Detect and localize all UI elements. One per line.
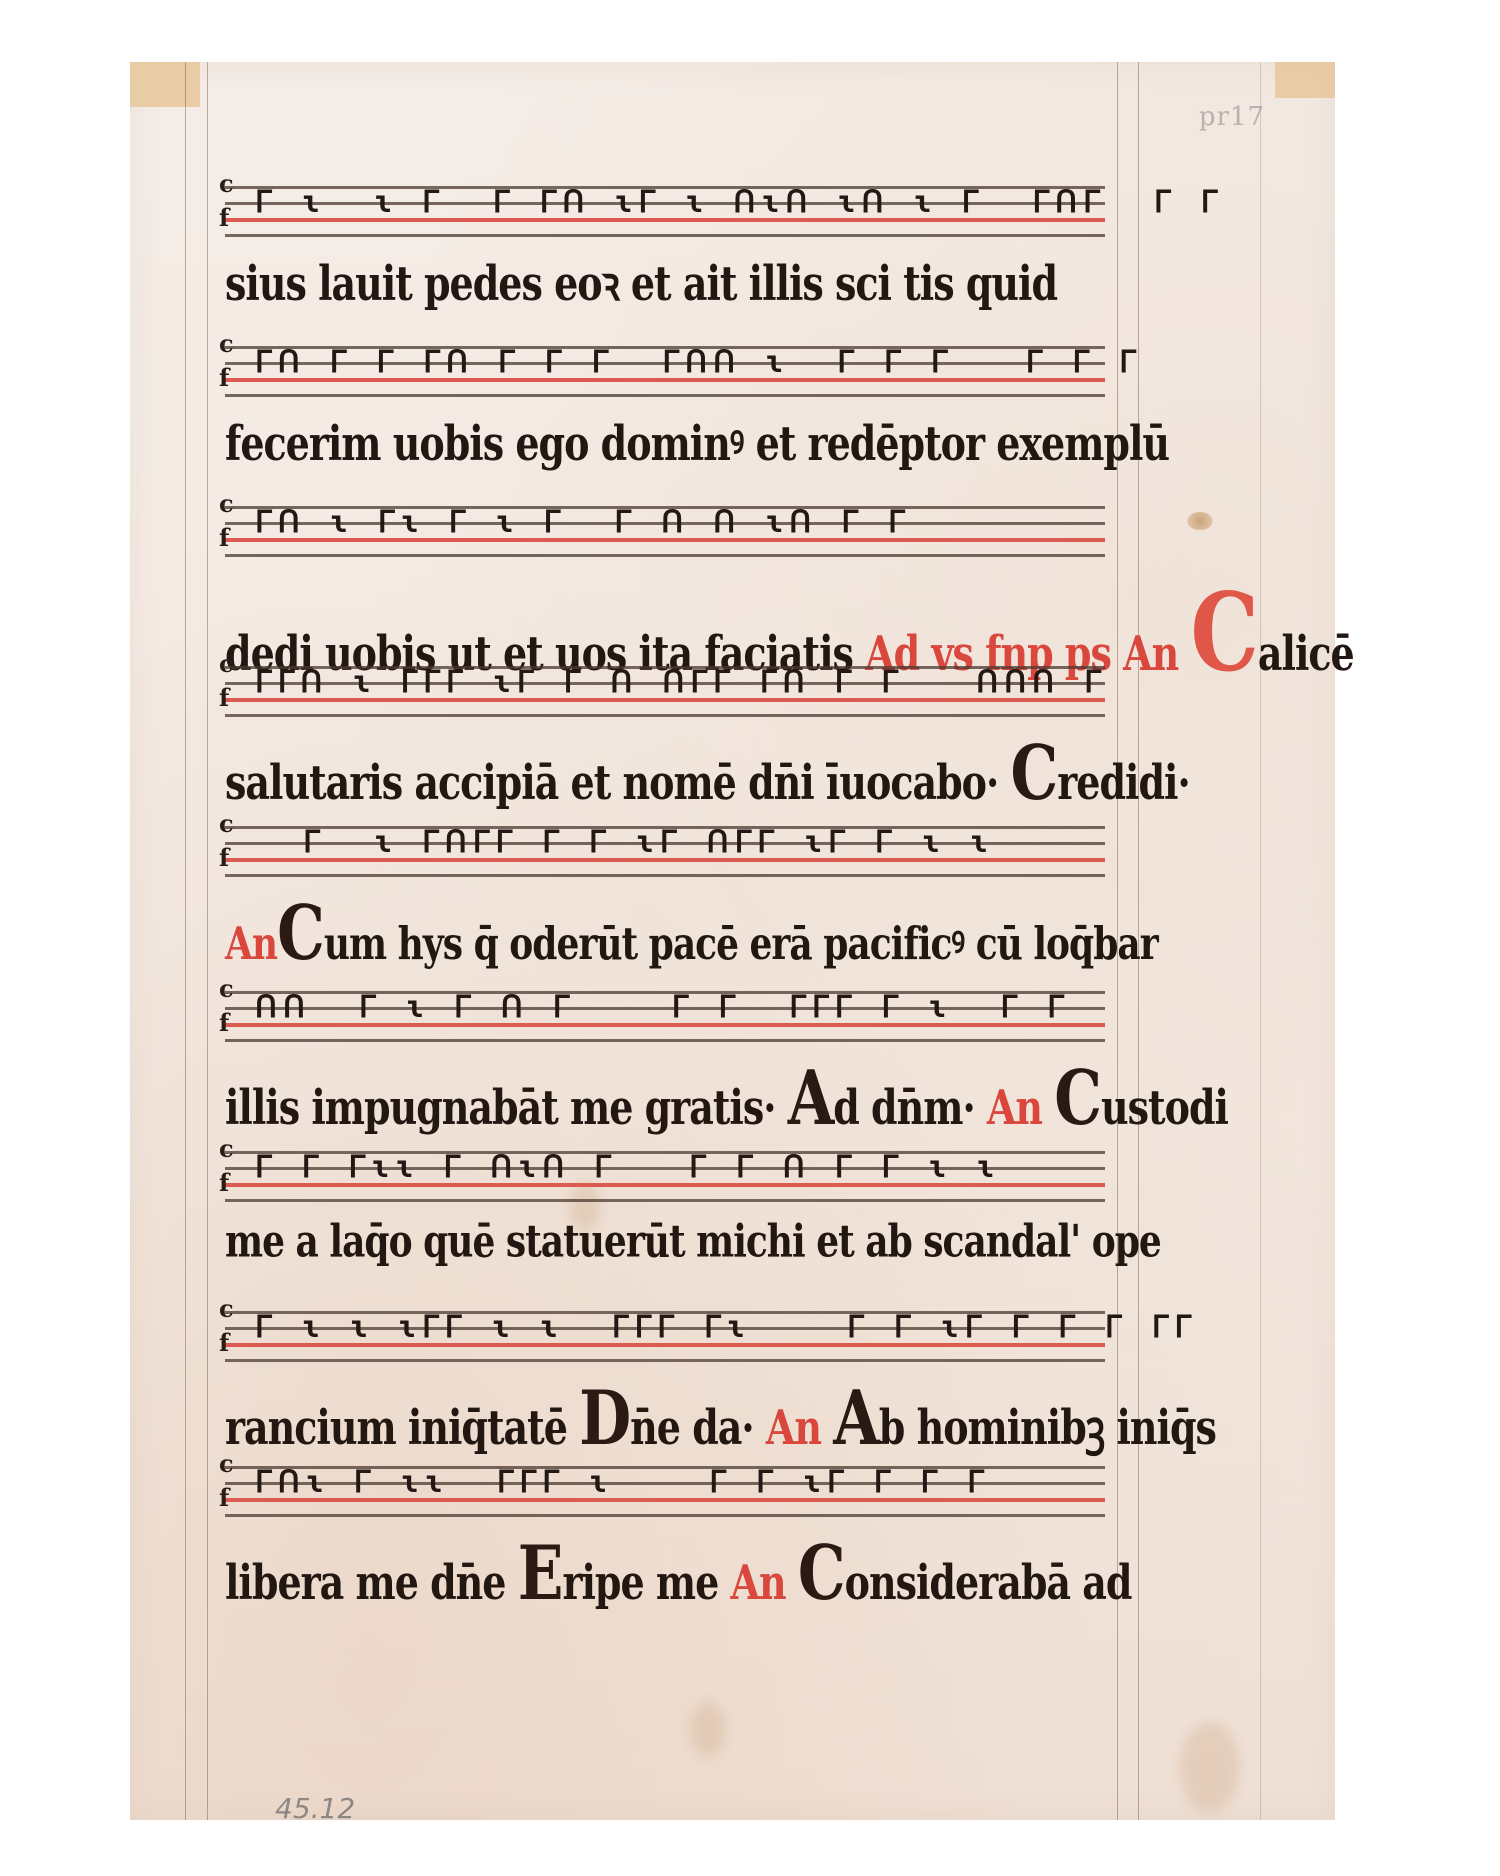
lyrics-text: sius lauit pedes eoꝛ et ait illis sci ti…	[225, 255, 1057, 311]
lyrics-text-after-initial-2: b hominibꝫ iniq̄s	[879, 1399, 1216, 1455]
fold-line	[1260, 62, 1261, 1820]
lyrics-text-after-initial: d dn̄m·	[833, 1079, 974, 1135]
f-clef: f	[219, 686, 229, 710]
f-clef: f	[219, 1171, 229, 1195]
staff: c f ᒥ ɩ ɩ ɩᒥᒥ ɩ ɩ ᒥᒥᒥ ᒥɩ ᒥ ᒥ ɩᒥ ᒥ ᒥ ᒥ ᒥᒥ	[225, 1305, 1105, 1369]
f-clef: f	[219, 526, 229, 550]
lyrics-text-after-initial: alicē	[1258, 625, 1354, 681]
rubric-antiphon: An	[225, 918, 277, 971]
neumes: ᒥ ɩ ᒥᑎᒥᒥ ᒥ ᒥ ɩᒥ ᑎᒥᒥ ɩᒥ ᒥ ɩ ɩ	[255, 828, 1265, 892]
tape-stain-top-left	[130, 62, 200, 107]
c-clef: c	[219, 652, 234, 676]
staff: c f ᒥ ᒥ ᒥɩɩ ᒥ ᑎɩᑎ ᒥ ᒥ ᒥ ᑎ ᒥ ᒥ ɩ ɩ	[225, 1145, 1105, 1209]
lyrics-text: fecerim uobis ego dominꝰ et redēptor exe…	[225, 415, 1169, 471]
initial-letter: A	[788, 1055, 834, 1143]
f-clef: f	[219, 366, 229, 390]
staff: c f ᒥ ɩ ᒥᑎᒥᒥ ᒥ ᒥ ɩᒥ ᑎᒥᒥ ɩᒥ ᒥ ɩ ɩ	[225, 820, 1105, 884]
ruling-line-left-inner	[207, 62, 208, 1820]
lyrics-text: illis impugnabāt me gratis·	[225, 1079, 775, 1135]
lyrics-text-after-initial: n̄e da·	[630, 1399, 753, 1455]
lyrics-text-after-initial: redidi·	[1057, 754, 1189, 810]
staff: c f ᒥᒥᑎ ɩ ᒥᒥᒥ ɩᒥ ᒥ ᑎ ᑎᒥᒥ ᒥᑎ ᒥ ᒥ ᑎᑎᑎ ᒥ	[225, 660, 1105, 724]
initial-letter: E	[518, 1530, 563, 1618]
c-clef: c	[219, 977, 234, 1001]
lyrics-line: fecerim uobis ego dominꝰ et redēptor exe…	[225, 410, 1245, 475]
lyrics-text-after-initial: ripe me	[562, 1554, 718, 1610]
neumes: ᒥ ɩ ɩ ɩᒥᒥ ɩ ɩ ᒥᒥᒥ ᒥɩ ᒥ ᒥ ɩᒥ ᒥ ᒥ ᒥ ᒥᒥ	[255, 1313, 1265, 1377]
c-clef: c	[219, 332, 234, 356]
initial-letter: C	[277, 890, 324, 978]
initial-letter: D	[579, 1375, 630, 1463]
pencil-accession-number: 45.12	[275, 1792, 355, 1825]
lyrics-text: me a laq̄o quē statuerūt michi et ab sca…	[225, 1215, 1161, 1268]
lyrics-line: sius lauit pedes eoꝛ et ait illis sci ti…	[225, 250, 1245, 315]
stain	[690, 1702, 725, 1757]
tape-stain-top-right	[1275, 62, 1335, 98]
ruling-line-left-outer	[185, 62, 186, 1820]
lyrics-text-after-initial-2: ustodi	[1101, 1079, 1228, 1135]
neumes: ᒥ ɩ ɩ ᒥ ᒥ ᒥᑎ ɩᒥ ɩ ᑎɩᑎ ɩᑎ ɩ ᒥ ᒥᑎᒥ ᒥ ᒥ	[255, 188, 1265, 252]
neumes: ᑎᑎ ᒥ ɩ ᒥ ᑎ ᒥ ᒥ ᒥ ᒥᒥᒥ ᒥ ɩ ᒥ ᒥ	[255, 993, 1265, 1057]
initial-letter-2: A	[833, 1375, 879, 1463]
space	[567, 1399, 579, 1455]
shelfmark: pr17	[1199, 102, 1265, 132]
f-clef: f	[219, 1331, 229, 1355]
f-clef: f	[219, 1011, 229, 1035]
c-clef: c	[219, 812, 234, 836]
c-clef: c	[219, 1297, 234, 1321]
initial-letter-2: C	[798, 1530, 845, 1618]
c-clef: c	[219, 172, 234, 196]
lyrics-text: libera me dn̄e	[225, 1554, 505, 1610]
lyrics-line: rancium iniq̄tatē Dn̄e da· An Ab hominib…	[225, 1375, 1245, 1463]
lyrics-line: AnCum hys q̄ oderūt pacē erā pacificꝰ cū…	[225, 890, 1245, 978]
neumes: ᒥᒥᑎ ɩ ᒥᒥᒥ ɩᒥ ᒥ ᑎ ᑎᒥᒥ ᒥᑎ ᒥ ᒥ ᑎᑎᑎ ᒥ	[255, 668, 1265, 732]
f-clef: f	[219, 846, 229, 870]
initial-letter-2: C	[1054, 1055, 1101, 1143]
stain	[1180, 1722, 1240, 1812]
lyrics-line: salutaris accipiā et nomē dn̄i īuocabo· …	[225, 730, 1245, 818]
lyrics-text: um hys q̄ oderūt pacē erā pacificꝰ cū lo…	[324, 918, 1158, 971]
initial-letter: C	[1010, 730, 1057, 818]
space	[775, 1079, 787, 1135]
space	[998, 754, 1010, 810]
c-clef: c	[219, 492, 234, 516]
rubric-antiphon: An	[754, 1399, 834, 1455]
f-clef: f	[219, 206, 229, 230]
staff: c f ᒥᑎ ᒥ ᒥ ᒥᑎ ᒥ ᒥ ᒥ ᒥᑎᑎ ɩ ᒥ ᒥ ᒥ ᒥ ᒥ ᒥ	[225, 340, 1105, 404]
lyrics-line: me a laq̄o quē statuerūt michi et ab sca…	[225, 1215, 1245, 1268]
neumes: ᒥᑎɩ ᒥ ɩɩ ᒥᒥᒥ ɩ ᒥ ᒥ ɩᒥ ᒥ ᒥ ᒥ	[255, 1468, 1265, 1532]
neumes: ᒥᑎ ᒥ ᒥ ᒥᑎ ᒥ ᒥ ᒥ ᒥᑎᑎ ɩ ᒥ ᒥ ᒥ ᒥ ᒥ ᒥ	[255, 348, 1265, 412]
lyrics-line: libera me dn̄e Eripe me An Considerabā a…	[225, 1530, 1245, 1618]
rubric-antiphon: An	[975, 1079, 1055, 1135]
c-clef: c	[219, 1137, 234, 1161]
neumes: ᒥᑎ ɩ ᒥɩ ᒥ ɩ ᒥ ᒥ ᑎ ᑎ ɩᑎ ᒥ ᒥ	[255, 508, 1265, 572]
neumes: ᒥ ᒥ ᒥɩɩ ᒥ ᑎɩᑎ ᒥ ᒥ ᒥ ᑎ ᒥ ᒥ ɩ ɩ	[255, 1153, 1265, 1217]
f-clef: f	[219, 1486, 229, 1510]
lyrics-text: rancium iniq̄tatē	[225, 1399, 567, 1455]
c-clef: c	[219, 1452, 234, 1476]
lyrics-line: illis impugnabāt me gratis· Ad dn̄m· An …	[225, 1055, 1245, 1143]
lyrics-text: salutaris accipiā et nomē dn̄i īuocabo·	[225, 754, 998, 810]
staff: c f ᑎᑎ ᒥ ɩ ᒥ ᑎ ᒥ ᒥ ᒥ ᒥᒥᒥ ᒥ ɩ ᒥ ᒥ	[225, 985, 1105, 1049]
lyrics-text-after-initial-2: onsiderabā ad	[845, 1554, 1132, 1610]
space	[505, 1554, 517, 1610]
staff: c f ᒥᑎɩ ᒥ ɩɩ ᒥᒥᒥ ɩ ᒥ ᒥ ɩᒥ ᒥ ᒥ ᒥ	[225, 1460, 1105, 1524]
staff: c f ᒥᑎ ɩ ᒥɩ ᒥ ɩ ᒥ ᒥ ᑎ ᑎ ɩᑎ ᒥ ᒥ	[225, 500, 1105, 564]
staff: c f ᒥ ɩ ɩ ᒥ ᒥ ᒥᑎ ɩᒥ ɩ ᑎɩᑎ ɩᑎ ɩ ᒥ ᒥᑎᒥ ᒥ ᒥ	[225, 180, 1105, 244]
rubric-antiphon: An	[718, 1554, 798, 1610]
